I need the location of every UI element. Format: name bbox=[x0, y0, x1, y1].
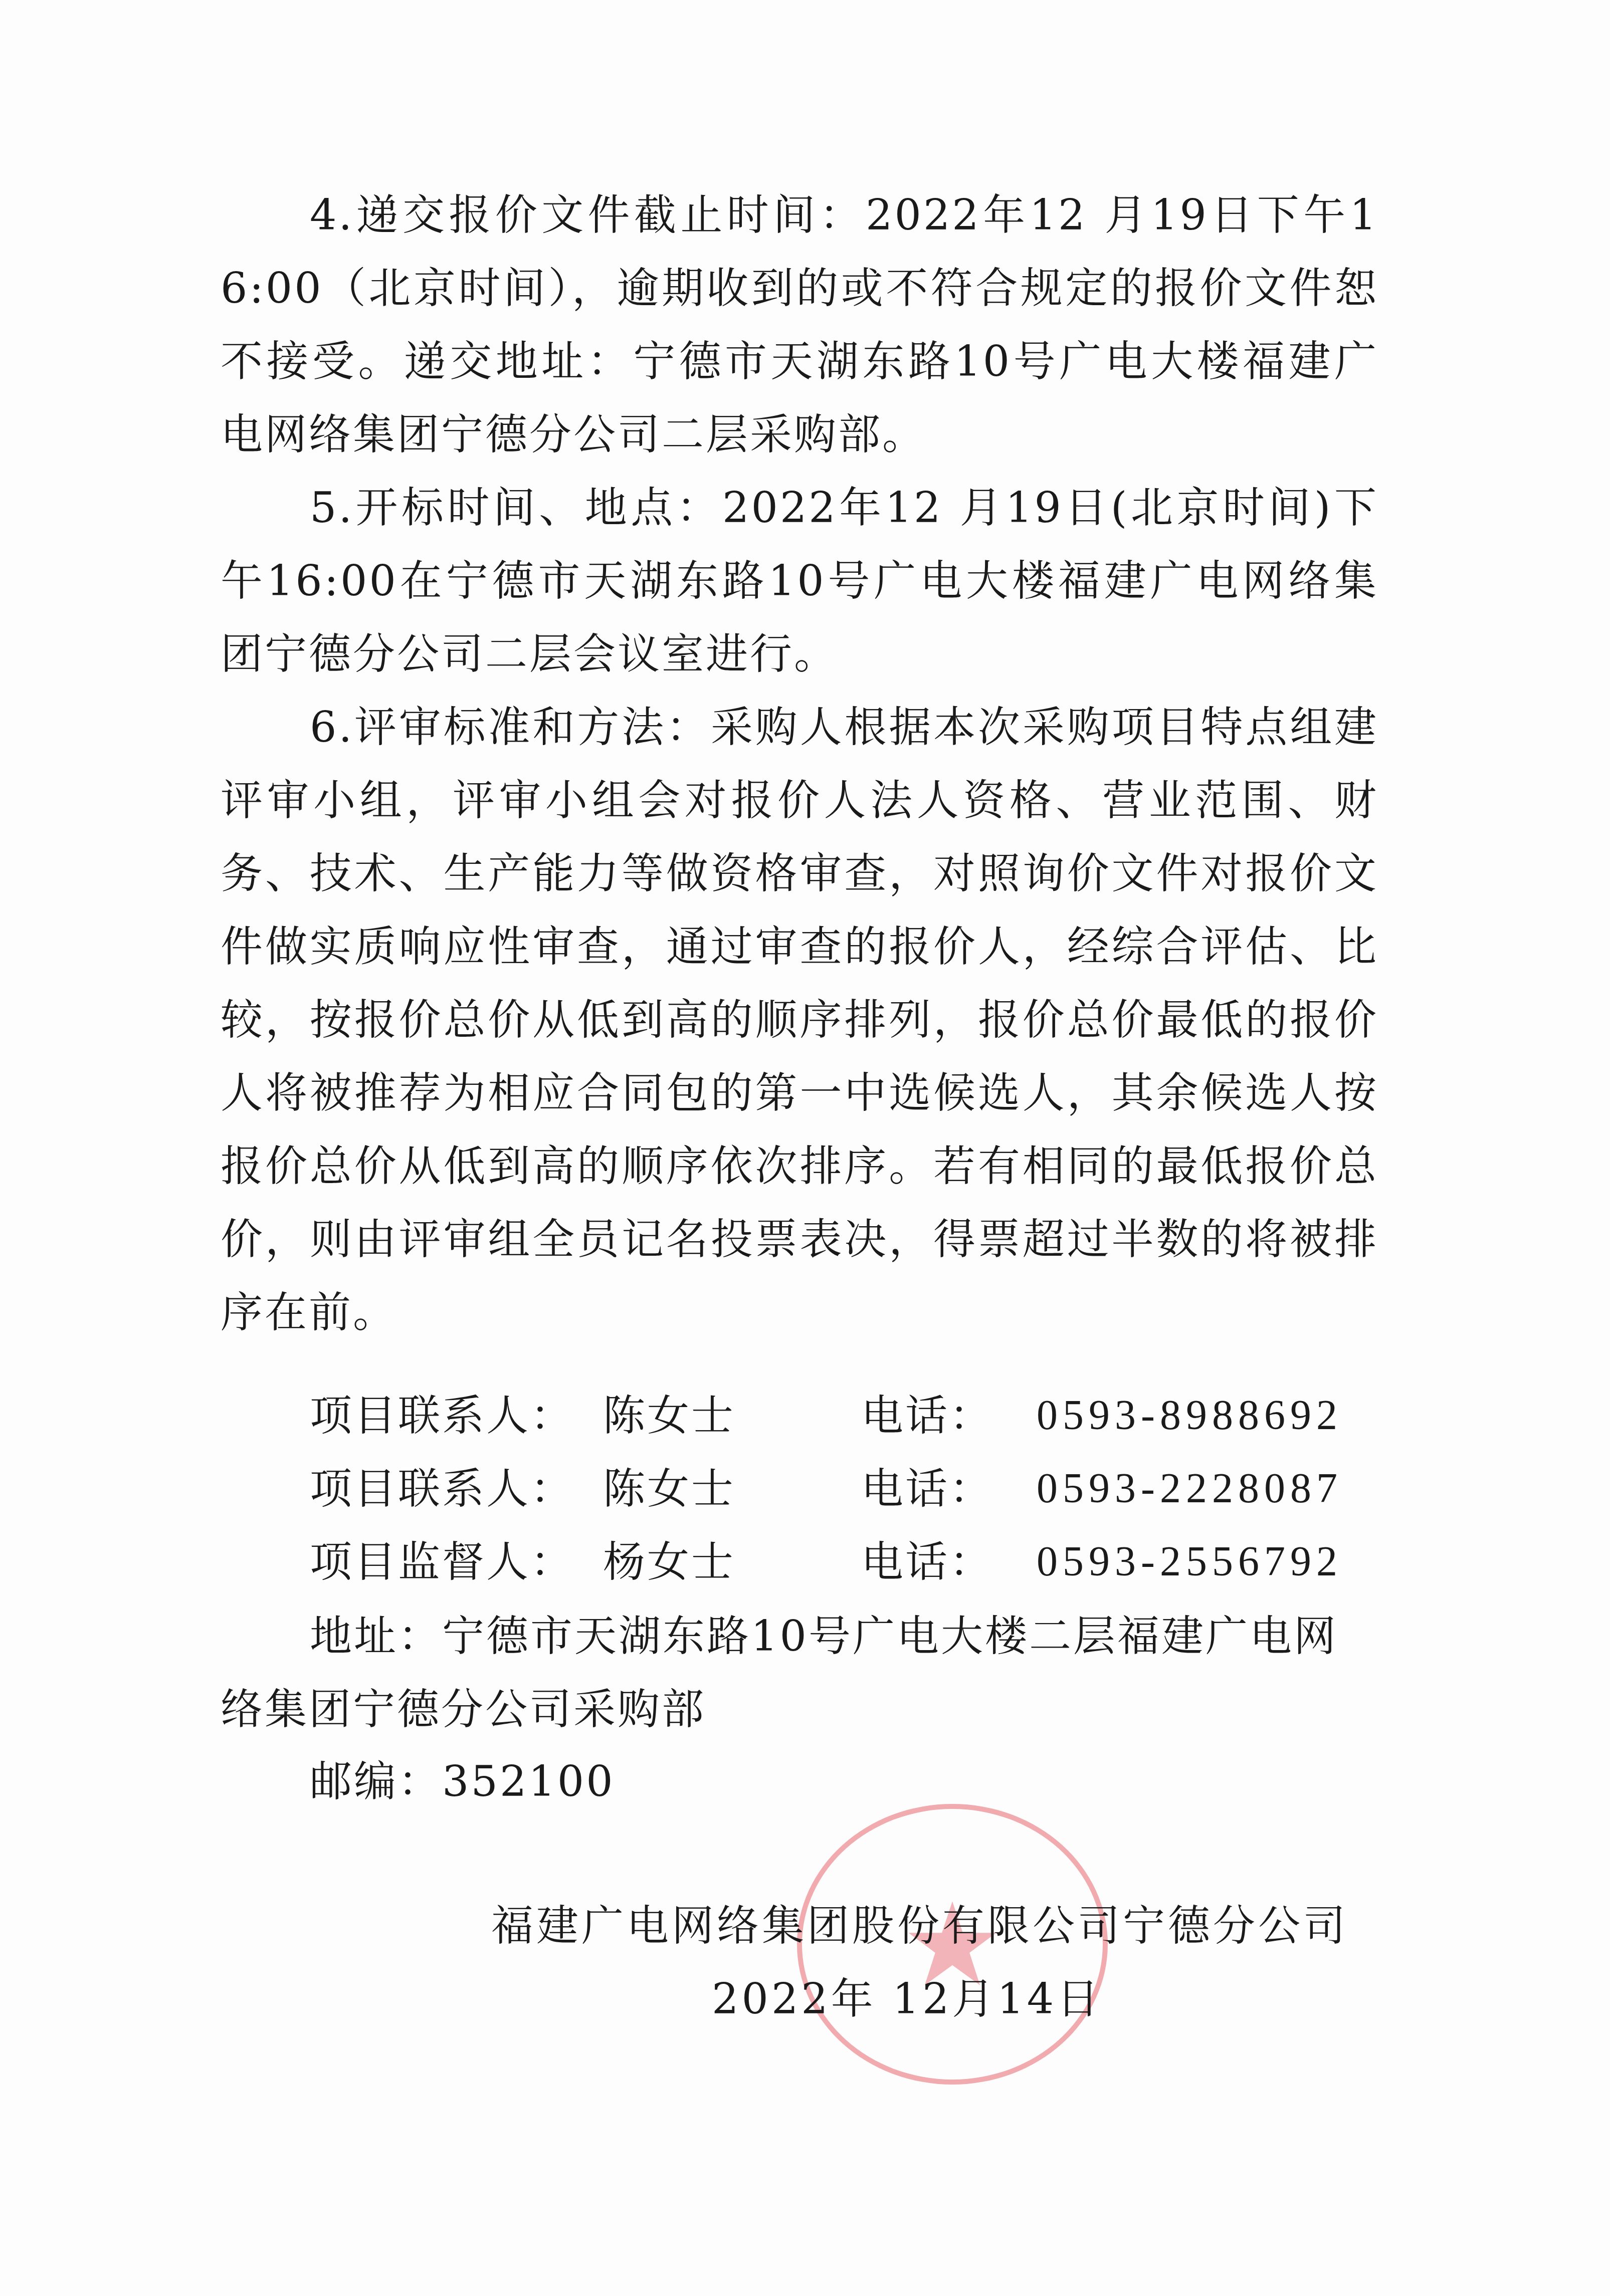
contact-tel: 0593-2228087 bbox=[1037, 1452, 1342, 1525]
address-text: 地址：宁德市天湖东路10号广电大楼二层福建广电网络集团宁德分公司采购部 bbox=[221, 1599, 1378, 1746]
postcode: 邮编：352100 bbox=[310, 1745, 615, 1818]
contact-role: 项目联系人： bbox=[310, 1379, 574, 1452]
contact-tel-label: 电话： bbox=[861, 1452, 993, 1525]
contact-tel-label: 电话： bbox=[861, 1379, 993, 1452]
contact-role: 项目监督人： bbox=[310, 1525, 574, 1598]
paragraph-item-5: 5.开标时间、地点：2022年12 月19日(北京时间)下午16:00在宁德市天… bbox=[221, 471, 1378, 691]
paragraph-item-6: 6.评审标准和方法：采购人根据本次采购项目特点组建评审小组，评审小组会对报价人法… bbox=[221, 691, 1378, 1349]
contact-person: 陈女士 bbox=[603, 1379, 735, 1452]
paragraph-item-4: 4.递交报价文件截止时间：2022年12 月19日下午16:00（北京时间），逾… bbox=[221, 178, 1378, 471]
contact-tel-label: 电话： bbox=[861, 1525, 993, 1598]
signature-organization: 福建广电网络集团股份有限公司宁德分公司 bbox=[491, 1889, 1348, 1962]
contact-person: 杨女士 bbox=[603, 1525, 735, 1598]
address-block: 地址：宁德市天湖东路10号广电大楼二层福建广电网络集团宁德分公司采购部 bbox=[221, 1599, 1378, 1746]
signature-date: 2022年 12月14日 bbox=[712, 1962, 1102, 2035]
contact-tel: 0593-2556792 bbox=[1037, 1525, 1342, 1598]
body-text: 4.递交报价文件截止时间：2022年12 月19日下午16:00（北京时间），逾… bbox=[221, 178, 1378, 1349]
document-page: 4.递交报价文件截止时间：2022年12 月19日下午16:00（北京时间），逾… bbox=[0, 0, 1610, 2296]
contact-role: 项目联系人： bbox=[310, 1452, 574, 1525]
contact-tel: 0593-8988692 bbox=[1037, 1379, 1342, 1452]
contact-person: 陈女士 bbox=[603, 1452, 735, 1525]
